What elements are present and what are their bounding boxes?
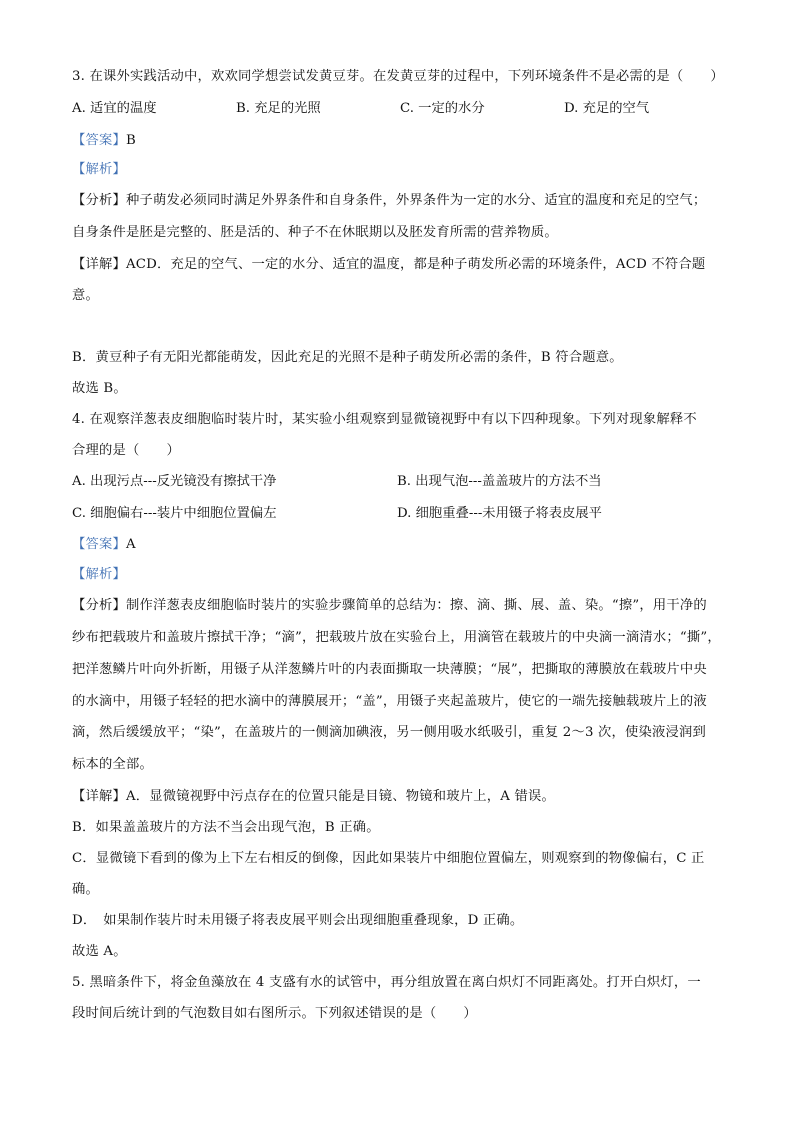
- q3-option-b: B. 充足的光照: [236, 101, 321, 117]
- xiangjie-text: ACD．充足的空气、一定的水分、适宜的温度，都是种子萌发所必需的环境条件，ACD…: [126, 257, 705, 272]
- answer-label: 【答案】: [72, 537, 126, 552]
- q3-xiangjie-line-2: 意。: [72, 288, 99, 304]
- q3-stem: 3. 在课外实践活动中，欢欢同学想尝试发黄豆芽。在发黄豆芽的过程中，下列环境条件…: [72, 69, 724, 85]
- xiangjie-label: 【详解】: [72, 789, 126, 804]
- fenxi-label: 【分析】: [72, 598, 126, 613]
- fenxi-text: 种子萌发必须同时满足外界条件和自身条件，外界条件为一定的水分、适宜的温度和充足的…: [126, 193, 706, 208]
- q3-fenxi-line-2: 自身条件是胚是完整的、胚是活的、种子不在休眠期以及胚发育所需的营养物质。: [72, 225, 558, 241]
- xiangjie-text: A．显微镜视野中污点存在的位置只能是目镜、物镜和玻片上，A 错误。: [126, 789, 555, 804]
- xiangjie-label: 【详解】: [72, 257, 126, 272]
- q4-fenxi-line-6: 标本的全部。: [72, 757, 153, 773]
- q5-stem-line-1: 5. 黑暗条件下，将金鱼藻放在 4 支盛有水的试管中，再分组放置在离白炽灯不同距…: [72, 975, 701, 991]
- q3-option-d: D. 充足的空气: [564, 101, 649, 117]
- q4-xiangjie-line-4: 确。: [72, 882, 99, 898]
- answer-value: B: [126, 133, 136, 148]
- q4-fenxi-line-5: 滴，然后缓缓放平；“染”，在盖玻片的一侧滴加碘液，另一侧用吸水纸吸引，重复 2～…: [72, 725, 706, 741]
- q4-stem-line-2: 合理的是（ ）: [72, 443, 180, 459]
- q4-option-a: A. 出现污点---反光镜没有擦拭干净: [72, 474, 276, 490]
- q4-xiangjie-line-3: C．显微镜下看到的像为上下左右相反的倒像，因此如果装片中细胞位置偏左，则观察到的…: [72, 851, 705, 867]
- q4-fenxi-line-1: 【分析】制作洋葱表皮细胞临时装片的实验步骤简单的总结为：擦、滴、撕、展、盖、染。…: [72, 598, 707, 614]
- q3-xiangjie-line-1: 【详解】ACD．充足的空气、一定的水分、适宜的温度，都是种子萌发所必需的环境条件…: [72, 257, 705, 273]
- q4-analysis-label: 【解析】: [72, 567, 126, 583]
- q4-option-c: C. 细胞偏右---装片中细胞位置偏左: [72, 506, 277, 522]
- q4-xiangjie-line-1: 【详解】A．显微镜视野中污点存在的位置只能是目镜、物镜和玻片上，A 错误。: [72, 789, 555, 805]
- q4-fenxi-line-3: 把洋葱鳞片叶向外折断，用镊子从洋葱鳞片叶的内表面撕取一块薄膜；“展”，把撕取的薄…: [72, 662, 707, 678]
- q4-fenxi-line-2: 纱布把载玻片和盖玻片擦拭干净；“滴”，把载玻片放在实验台上，用滴管在载玻片的中央…: [72, 630, 721, 646]
- q4-fenxi-line-4: 的水滴中，用镊子轻轻的把水滴中的薄膜展开；“盖”，用镊子夹起盖玻片，使它的一端先…: [72, 694, 707, 710]
- q4-conclusion: 故选 A。: [72, 944, 127, 960]
- fenxi-text: 制作洋葱表皮细胞临时装片的实验步骤简单的总结为：擦、滴、撕、展、盖、染。“擦”，…: [126, 598, 707, 613]
- q3-fenxi-line-1: 【分析】种子萌发必须同时满足外界条件和自身条件，外界条件为一定的水分、适宜的温度…: [72, 193, 706, 209]
- answer-label: 【答案】: [72, 133, 126, 148]
- q4-xiangjie-line-5: D． 如果制作装片时未用镊子将表皮展平则会出现细胞重叠现象，D 正确。: [72, 913, 523, 929]
- q4-stem-line-1: 4. 在观察洋葱表皮细胞临时装片时，某实验小组观察到显微镜视野中有以下四种现象。…: [72, 412, 697, 428]
- q4-option-d: D. 细胞重叠---未用镊子将表皮展平: [397, 506, 602, 522]
- q5-stem-line-2: 段时间后统计到的气泡数目如右图所示。下列叙述错误的是（ ）: [72, 1006, 477, 1022]
- q4-answer: 【答案】A: [72, 537, 136, 553]
- q4-xiangjie-line-2: B．如果盖盖玻片的方法不当会出现气泡，B 正确。: [72, 820, 380, 836]
- answer-value: A: [126, 537, 136, 552]
- q4-option-b: B. 出现气泡---盖盖玻片的方法不当: [397, 474, 602, 490]
- q3-conclusion: 故选 B。: [72, 381, 127, 397]
- q3-option-a: A. 适宜的温度: [72, 101, 157, 117]
- q3-answer: 【答案】B: [72, 133, 136, 149]
- fenxi-label: 【分析】: [72, 193, 126, 208]
- q3-analysis-label: 【解析】: [72, 162, 126, 178]
- q3-xiangjie-line-3: B．黄豆种子有无阳光都能萌发，因此充足的光照不是种子萌发所必需的条件，B 符合题…: [72, 350, 623, 366]
- q3-option-c: C. 一定的水分: [400, 101, 485, 117]
